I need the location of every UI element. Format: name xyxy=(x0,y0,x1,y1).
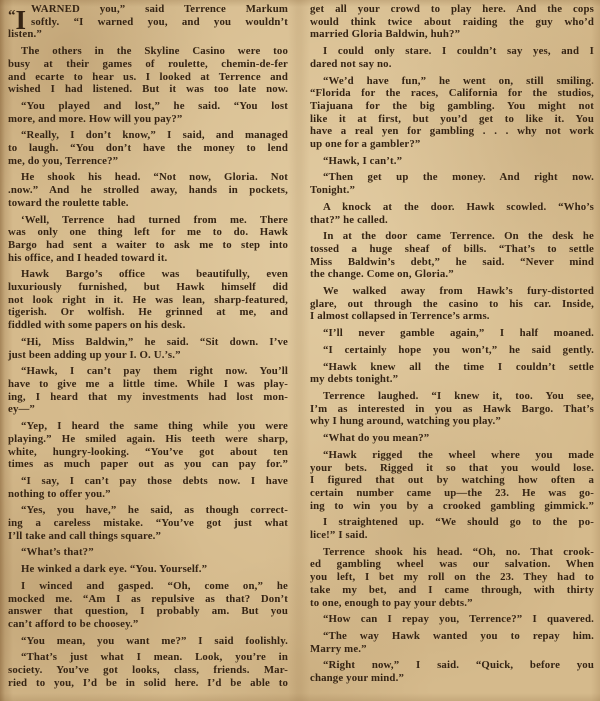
text-line: more, and more. How will you pay?” xyxy=(8,113,288,126)
text-line: “Hawk, I can’t.” xyxy=(310,155,594,168)
text-line: ed gambling wheel was our salvation. Whe… xyxy=(310,558,594,571)
story-text: “IWARNED you,” said Terrence Markumsoftl… xyxy=(8,3,594,689)
text-line: the change. Come on, Gloria.” xyxy=(310,268,594,281)
text-line: “Yep, I heard the same thing while you w… xyxy=(8,420,288,433)
text-column-left: “IWARNED you,” said Terrence Markumsoftl… xyxy=(8,3,288,689)
text-line: Hawk Bargo’s office was beautifully, eve… xyxy=(8,268,288,281)
text-line: that?” he called. xyxy=(310,214,594,227)
text-line: have a real yen for gambling . . . why n… xyxy=(310,125,594,138)
text-line: Terrence laughed. “I knew it, too. You s… xyxy=(310,390,594,403)
paragraph: “How can I repay you, Terrence?” I quave… xyxy=(310,613,594,626)
text-line: tossed a huge sheaf of bills. “That’s to… xyxy=(310,243,594,256)
paragraph: “Then get up the money. And right now.To… xyxy=(310,171,594,196)
text-line: ing, I heard that my investments had los… xyxy=(8,391,288,404)
text-line: “Really, I don’t know,” I said, and mana… xyxy=(8,129,288,142)
paragraph: ‘Well, Terrence had turned from me. Ther… xyxy=(8,214,288,265)
text-line: .now.” And he strolled away, hands in po… xyxy=(8,184,288,197)
text-line: The others in the Skyline Casino were to… xyxy=(8,45,288,58)
text-line: mocked me. “Am I as repulsive as that? D… xyxy=(8,593,288,606)
text-line: “I’ll never gamble again,” I half moaned… xyxy=(310,327,594,340)
text-line: lice!” I said. xyxy=(310,529,594,542)
text-line: answer that question, I probably am. But… xyxy=(8,605,288,618)
text-line: “Then get up the money. And right now. xyxy=(310,171,594,184)
paragraph: I straightened up. “We should go to the … xyxy=(310,516,594,541)
paragraph: In at the door came Terrence. On the des… xyxy=(310,230,594,281)
text-line: certain number came up—the 23. He was go… xyxy=(310,487,594,500)
paragraph: “I say, I can’t pay those debts now. I h… xyxy=(8,475,288,500)
text-line: “The way Hawk wanted you to repay him. xyxy=(310,630,594,643)
text-line: me, do you, Terrence?” xyxy=(8,155,288,168)
text-line: Tonight.” xyxy=(310,184,594,197)
text-line: “Hawk knew all the time I couldn’t settl… xyxy=(310,361,594,374)
text-line: “We’d have fun,” he went on, still smili… xyxy=(310,75,594,88)
paragraph: “Right now,” I said. “Quick, before youc… xyxy=(310,659,594,684)
paragraph: “What’s that?” xyxy=(8,546,288,559)
text-line: I almost collapsed in Terrence’s arms. xyxy=(310,310,594,323)
paragraph: “Hawk, I can’t pay them right now. You’l… xyxy=(8,365,288,416)
text-line: I straightened up. “We should go to the … xyxy=(310,516,594,529)
paragraph: Hawk Bargo’s office was beautifully, eve… xyxy=(8,268,288,332)
text-line: I could only stare. I couldn’t say yes, … xyxy=(310,45,594,58)
text-line: times as much paper out as you can pay f… xyxy=(8,458,288,471)
text-line: “Hawk rigged the wheel where you made xyxy=(310,449,594,462)
text-line: busy at their games of roulette, chemin-… xyxy=(8,58,288,71)
text-line: Terrence shook his head. “Oh, no. That c… xyxy=(310,546,594,559)
paragraph: The others in the Skyline Casino were to… xyxy=(8,45,288,96)
text-line: Miss Baldwin’s debt,” he said. “Never mi… xyxy=(310,256,594,269)
text-line: luxuriously furnished, but Hawk himself … xyxy=(8,281,288,294)
text-line: my debts tonight.” xyxy=(310,373,594,386)
text-line: playing.” He smiled again. His teeth wer… xyxy=(8,433,288,446)
text-line: ey—” xyxy=(8,403,288,416)
text-line: nothing to offer you.” xyxy=(8,488,288,501)
text-line: WARNED you,” said Terrence Markum xyxy=(8,3,288,16)
text-line: your bets. Rigged it so that you would l… xyxy=(310,462,594,475)
text-line: softly. “I warned you, and you wouldn’t xyxy=(8,16,288,29)
text-line: “What’s that?” xyxy=(8,546,288,559)
text-line: ing to win you by a crooked gambling gim… xyxy=(310,500,594,513)
paragraph: get all your crowd to play here. And the… xyxy=(310,3,594,41)
paragraph: “That’s just what I mean. Look, you’re i… xyxy=(8,651,288,689)
text-line: can’t afford to be choosey.” xyxy=(8,618,288,631)
text-line: I winced and gasped. “Oh, come on,” he xyxy=(8,580,288,593)
paragraph: Terrence laughed. “I knew it, too. You s… xyxy=(310,390,594,428)
text-line: have to give me a little time. While I w… xyxy=(8,378,288,391)
paragraph: Terrence shook his head. “Oh, no. That c… xyxy=(310,546,594,610)
text-line: Marry me.” xyxy=(310,643,594,656)
text-line: “Right now,” I said. “Quick, before you xyxy=(310,659,594,672)
text-line: “Hi, Miss Baldwin,” he said. “Sit down. … xyxy=(8,336,288,349)
paragraph: “IWARNED you,” said Terrence Markumsoftl… xyxy=(8,3,288,41)
text-line: married Gloria Baldwin, huh?” xyxy=(310,28,594,41)
text-line: listen.” xyxy=(8,28,288,41)
text-line: “What do you mean?” xyxy=(310,432,594,445)
paragraph: “Yep, I heard the same thing while you w… xyxy=(8,420,288,471)
text-line: his office, and I headed toward it. xyxy=(8,252,288,265)
text-line: In at the door came Terrence. On the des… xyxy=(310,230,594,243)
drop-cap-quote: “ xyxy=(8,8,16,24)
text-line: to laugh. “You don’t have the money to l… xyxy=(8,142,288,155)
text-line: white, hungry-looking. “You’ve got about… xyxy=(8,446,288,459)
scanned-magazine-page: “IWARNED you,” said Terrence Markumsoftl… xyxy=(0,0,600,701)
paragraph: “Hawk knew all the time I couldn’t settl… xyxy=(310,361,594,386)
text-line: “That’s just what I mean. Look, you’re i… xyxy=(8,651,288,664)
text-line: “I certainly hope you won’t,” he said ge… xyxy=(310,344,594,357)
text-line: change your mind.” xyxy=(310,672,594,685)
text-line: take my bet, and I came through, with th… xyxy=(310,584,594,597)
text-line: He winked a dark eye. “You. Yourself.” xyxy=(8,563,288,576)
text-line: you left, I bet my roll on the 23. They … xyxy=(310,571,594,584)
text-line: why I hung around, watching you play.” xyxy=(310,415,594,428)
paragraph: “Hi, Miss Baldwin,” he said. “Sit down. … xyxy=(8,336,288,361)
text-line: fiddled with some papers on his desk. xyxy=(8,319,288,332)
text-line: toward the roulette table. xyxy=(8,197,288,210)
paragraph: He winked a dark eye. “You. Yourself.” xyxy=(8,563,288,576)
text-line: “I say, I can’t pay those debts now. I h… xyxy=(8,475,288,488)
paragraph: “Hawk, I can’t.” xyxy=(310,155,594,168)
text-line: glare, out through the casino to his car… xyxy=(310,298,594,311)
text-line: up one for a gambler?” xyxy=(310,138,594,151)
text-line: “You mean, you want me?” I said foolishl… xyxy=(8,635,288,648)
text-line: ‘Well, Terrence had turned from me. Ther… xyxy=(8,214,288,227)
text-column-right: get all your crowd to play here. And the… xyxy=(310,3,594,689)
text-line: ried to you, I’d be in solid here. I’d b… xyxy=(8,677,288,690)
text-line: A knock at the door. Hawk scowled. “Who’… xyxy=(310,201,594,214)
paragraph: I winced and gasped. “Oh, come on,” hemo… xyxy=(8,580,288,631)
text-line: I figured that out by watching how often… xyxy=(310,474,594,487)
text-line: ing a careless mistake. “You’ve got just… xyxy=(8,517,288,530)
drop-cap: “I xyxy=(8,4,26,28)
text-line: not look right in it. He was lean, sharp… xyxy=(8,294,288,307)
text-line: and ecarte to hear us. I looked at Terre… xyxy=(8,71,288,84)
text-line: tigerish. Or wolfish. He grinned at me, … xyxy=(8,306,288,319)
text-line: dared not say no. xyxy=(310,58,594,71)
paragraph: “You played and lost,” he said. “You los… xyxy=(8,100,288,125)
text-line: like it at first, but you’d get to like … xyxy=(310,113,594,126)
text-line: He shook his head. “Not now, Gloria. Not xyxy=(8,171,288,184)
text-line: wished I had listened. But it was too la… xyxy=(8,83,288,96)
paragraph: He shook his head. “Not now, Gloria. Not… xyxy=(8,171,288,209)
text-line: I’m as interested in you as Hawk Bargo. … xyxy=(310,403,594,416)
text-line: “You played and lost,” he said. “You los… xyxy=(8,100,288,113)
text-line: “Hawk, I can’t pay them right now. You’l… xyxy=(8,365,288,378)
paragraph: “You mean, you want me?” I said foolishl… xyxy=(8,635,288,648)
paragraph: “I’ll never gamble again,” I half moaned… xyxy=(310,327,594,340)
text-line: society. You’ve got looks, class, friend… xyxy=(8,664,288,677)
text-line: get all your crowd to play here. And the… xyxy=(310,3,594,16)
paragraph: “Really, I don’t know,” I said, and mana… xyxy=(8,129,288,167)
text-line: We walked away from Hawk’s fury-distorte… xyxy=(310,285,594,298)
text-line: “How can I repay you, Terrence?” I quave… xyxy=(310,613,594,626)
text-line: “Florida for the races, California for t… xyxy=(310,87,594,100)
text-line: would think twice about raiding the guy … xyxy=(310,16,594,29)
text-line: Tiajuana for the big gambling. You might… xyxy=(310,100,594,113)
paragraph: “Hawk rigged the wheel where you madeyou… xyxy=(310,449,594,513)
paragraph: “I certainly hope you won’t,” he said ge… xyxy=(310,344,594,357)
text-line: to one, enough to pay your debts.” xyxy=(310,597,594,610)
paragraph: A knock at the door. Hawk scowled. “Who’… xyxy=(310,201,594,226)
text-line: “Yes, you have,” he said, as though corr… xyxy=(8,504,288,517)
paragraph: I could only stare. I couldn’t say yes, … xyxy=(310,45,594,70)
paragraph: “What do you mean?” xyxy=(310,432,594,445)
text-line: just been adding up your I. O. U.’s.” xyxy=(8,349,288,362)
paragraph: We walked away from Hawk’s fury-distorte… xyxy=(310,285,594,323)
text-line: was only one thing left for me to do. Ha… xyxy=(8,226,288,239)
text-line: Bargo had sent a waiter to ask me to ste… xyxy=(8,239,288,252)
paragraph: “Yes, you have,” he said, as though corr… xyxy=(8,504,288,542)
paragraph: “The way Hawk wanted you to repay him.Ma… xyxy=(310,630,594,655)
paragraph: “We’d have fun,” he went on, still smili… xyxy=(310,75,594,151)
text-line: I’ll take and call things square.” xyxy=(8,530,288,543)
